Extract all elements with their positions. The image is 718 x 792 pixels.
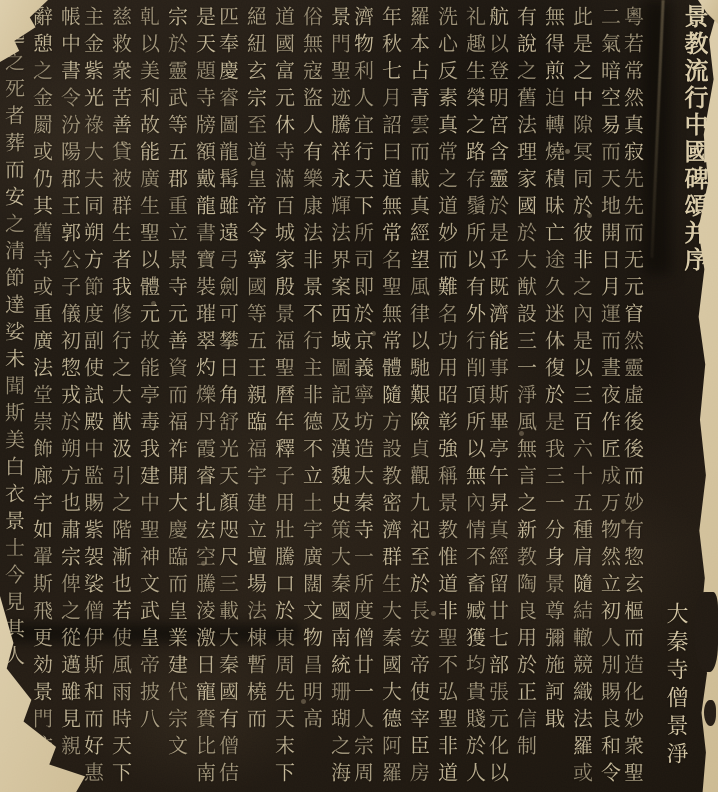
text-column: 洗心反素真常之道妙而難名功用昭彰強稱景教惟道非聖不弘聖非道 <box>433 6 460 792</box>
text-column: 主金紫光祿大夫同朔方節度副使試殿中監賜紫袈裟僧伊斯和而好惠 <box>79 6 106 792</box>
author-column: 大秦寺僧景淨述 <box>661 602 689 792</box>
text-column: 粵若常然真寂先先而无元窅然靈虛後後而妙有惣玄樞而造化妙衆聖 <box>619 6 646 792</box>
text-column: 此是之中隙冥同於彼非之內是以三百六十五種肩隨結轍競織法羅或 <box>568 6 595 792</box>
text-column: 帳中書令汾陽郡王郭公子儀初惣戎於朔方也肅宗俾之從邁雖見親 <box>56 6 83 792</box>
text-column: 匹奉慶睿圖龍髯雖遠弓劍可攀日角舒光天顏咫尺三載大秦國有僧佶 <box>214 6 241 792</box>
text-column: 羅本占青雲而載真經望風律以馳艱險貞觀九祀至於長安帝使宰臣房 <box>405 6 432 792</box>
text-column: 年秋七月詔曰道無常名聖無常體隨方設教密濟群生大秦國大德阿羅 <box>377 6 404 792</box>
text-column: 無得煎迫轉燒積昧亡途久迷休復於是我三一分身景尊彌施訶戢 <box>540 6 567 792</box>
stele-rubbing: 景教流行中國碑頌并序 大秦寺僧景淨述 粵若常然真寂先先而无元窅然靈虛後後而妙有惣… <box>0 0 718 792</box>
text-column: 二氣暗空易而天地開日月運而晝夜作匠成万物然立初人別賜良和令 <box>596 6 623 792</box>
text-column: 航以登明宮含靈於是乎既濟能事斯畢亭午昇真經留廿七部張元化以 <box>484 6 511 792</box>
text-column: 濟物利人宜行天下所司即於京義寧坊造大秦寺一所度僧廿一人宗周 <box>349 6 376 792</box>
text-column: 辭憩之金罽或仍其舊寺或重廣法堂崇飾廊宇如翬斯飛更効景門依仁 <box>28 6 55 792</box>
text-column: 絕紐玄宗至道皇帝令寧國等五王親臨福宇建立壇場法棟暫橈而 <box>242 6 269 792</box>
text-column: 俗無寇盜人有樂康法非景不行主非德不立土宇廣闊文物昌明高 <box>298 6 325 792</box>
text-column: 慈救衆苦善貸被群生者我修行之大猷汲引之階漸也若使風雨時天下 <box>107 6 134 792</box>
text-column: 宗於靈武等五郡重立景寺元善資而福祚開大慶臨而皇業建代宗文 <box>163 6 190 792</box>
ink-blot <box>694 592 718 672</box>
text-column: 乹以美利故能廣生聖以體元故能亭毒我建中聖神文武皇帝披八 <box>135 6 162 792</box>
text-column: 起之死者葬而安之清節達娑未聞斯美白衣景士今見其人 <box>0 24 27 674</box>
ink-blot-small <box>704 700 716 726</box>
text-column: 礼趣生榮之路存鬚所以有外行削頂所以無內情不畜臧獲均貴賤於人 <box>461 6 488 792</box>
text-column: 道國富元休寺滿百城家殷景福聖曆年釋子用壯騰口於東周先天末下 <box>270 6 297 792</box>
text-column: 景門聖迹騰祥永輝法界案西域圖記及漢魏史策大秦國南統珊瑚之海 <box>326 6 353 792</box>
text-column: 有說之舊法理家國於大猷設三一淨風無言之新教陶良用於正信制 <box>512 6 539 792</box>
text-column: 是天題寺牓額戴龍書寶裝璀翠灼爍丹霞睿扎宏空騰淩激日寵賚比南 <box>191 6 218 792</box>
